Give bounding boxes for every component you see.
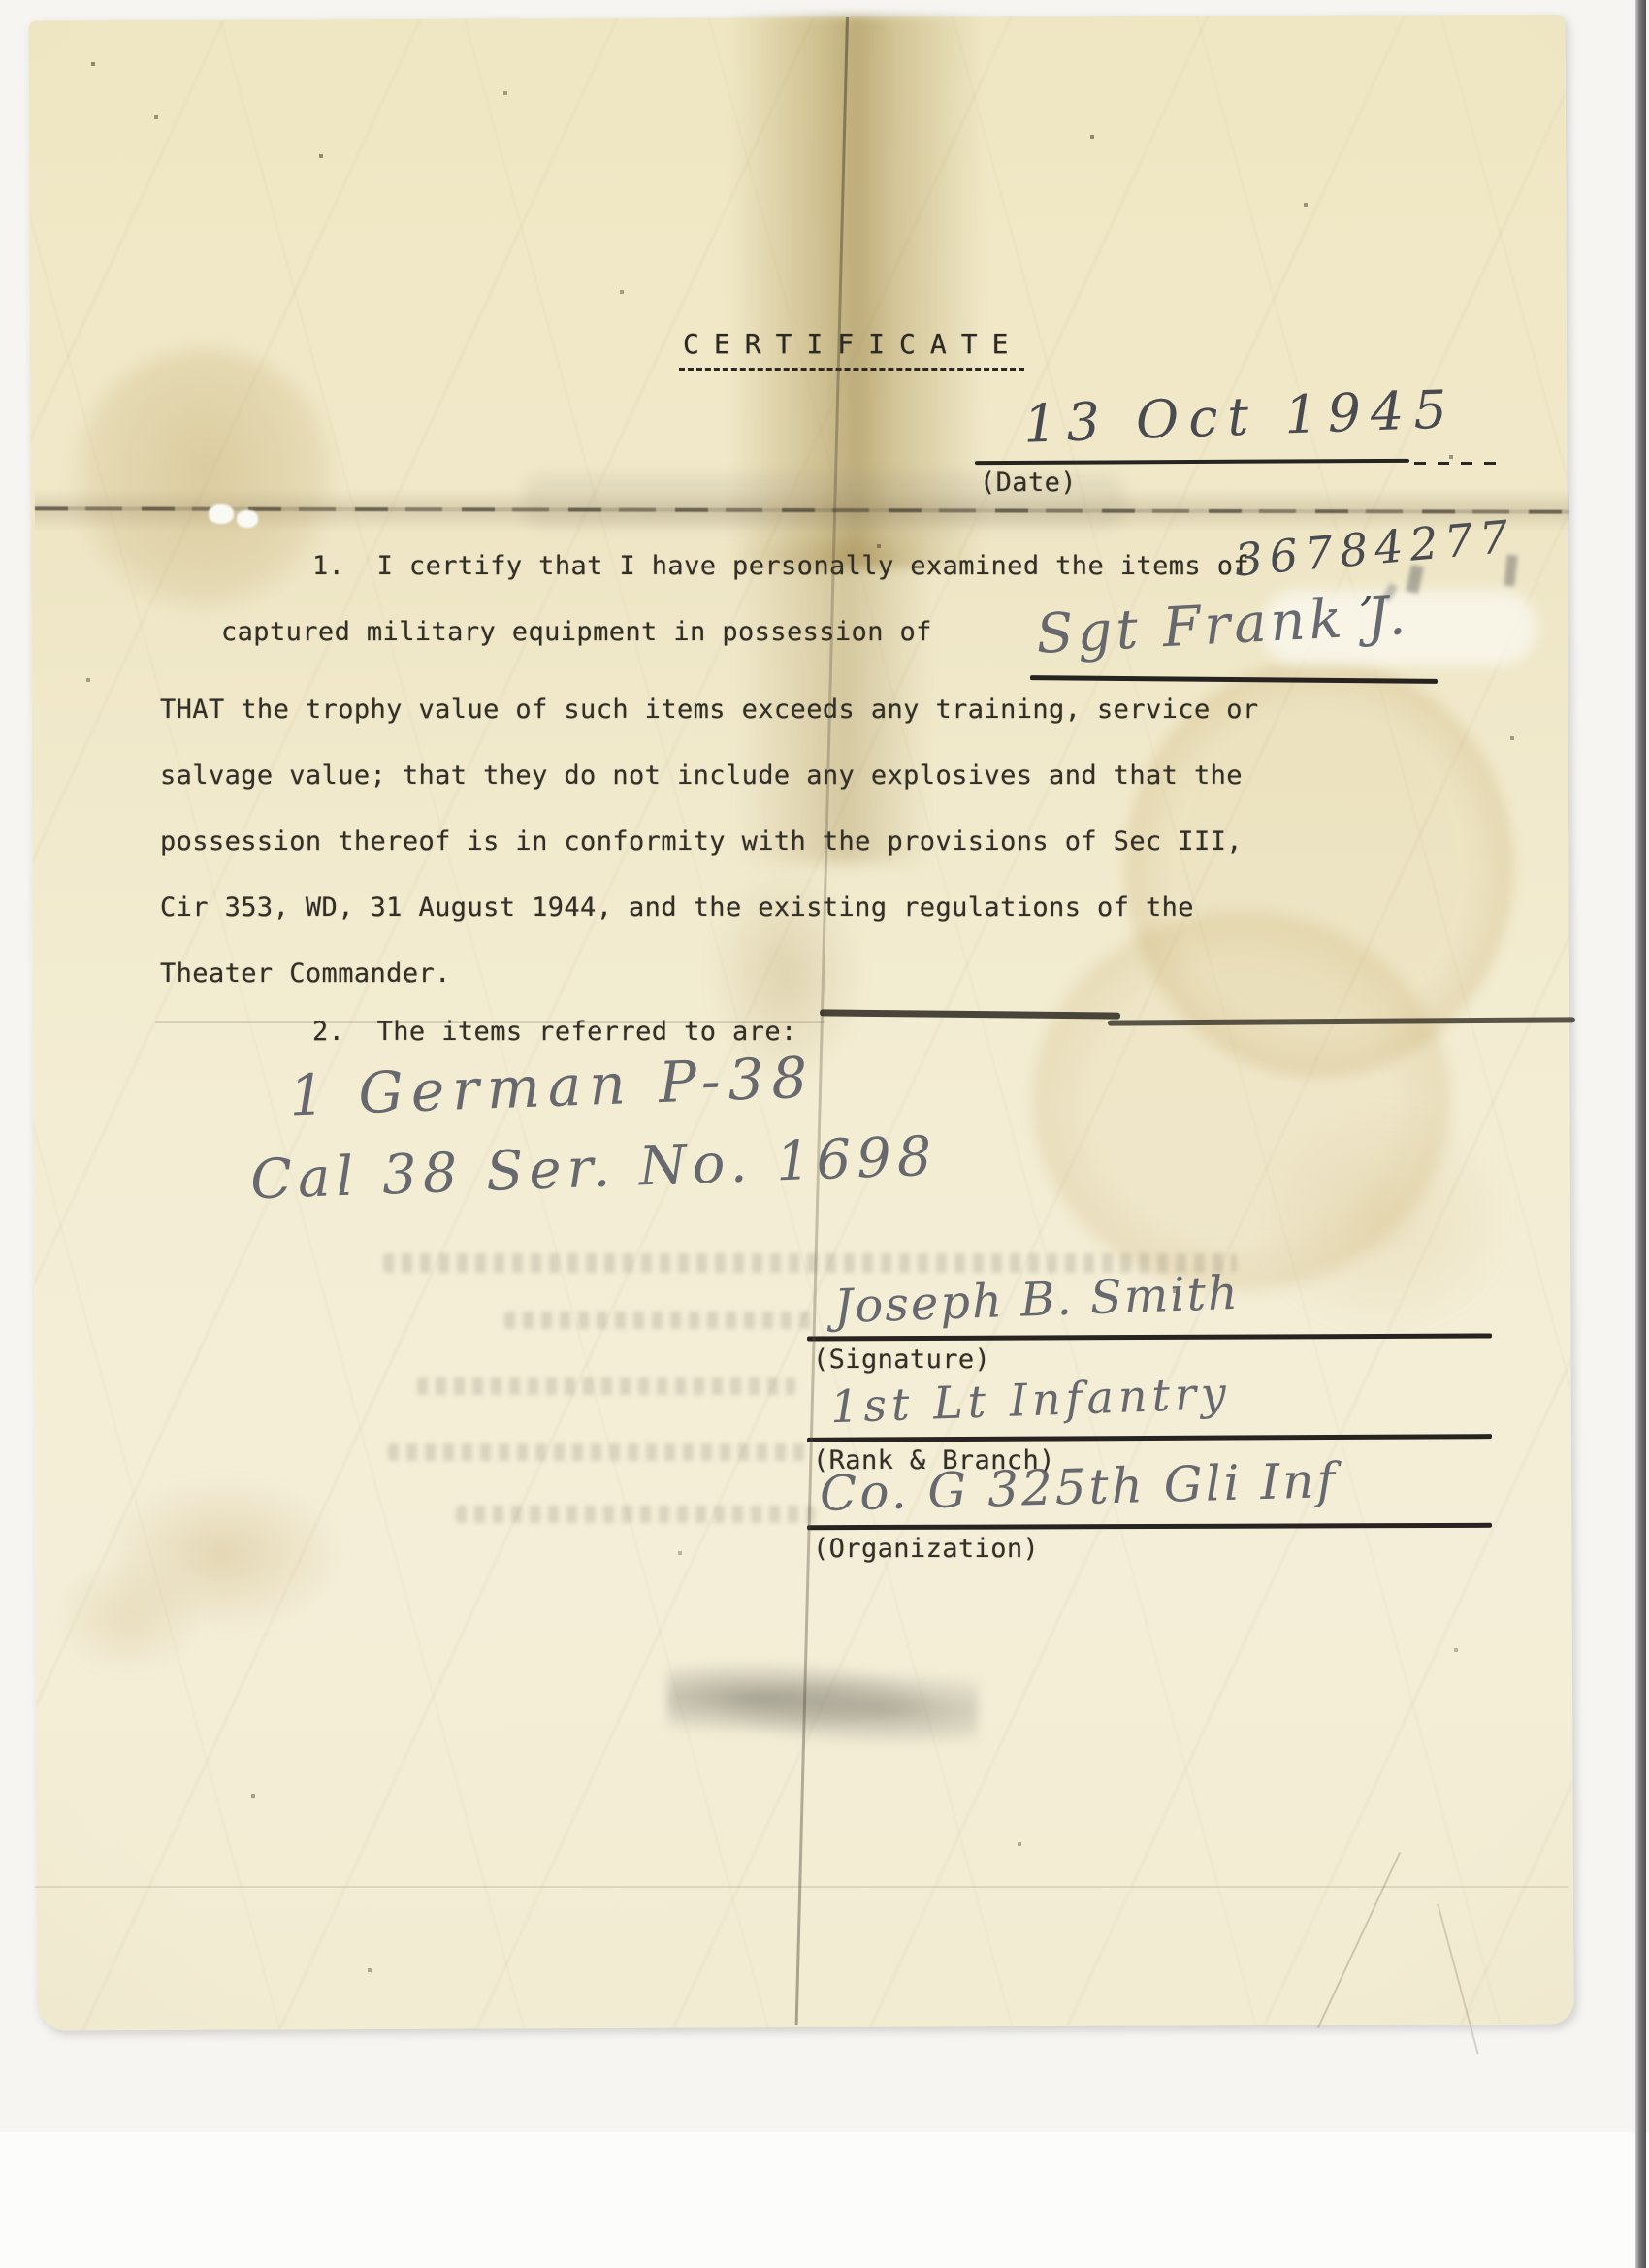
signature-label: (Signature) (813, 1345, 990, 1376)
ghost-text-smudge (456, 1506, 815, 1523)
paragraph-1-line-3: THAT the trophy value of such items exce… (160, 695, 1259, 726)
scanned-certificate-document: CERTIFICATE 13 Oct 1945 (Date) 1. I cert… (0, 0, 1649, 2268)
ghost-text-smudge (388, 1443, 805, 1461)
paragraph-1-line-5: possession thereof is in conformity with… (160, 826, 1243, 858)
paragraph-1-line-4: salvage value; that they do not include … (160, 761, 1243, 792)
scanner-background (0, 2132, 1649, 2268)
certificate-title: CERTIFICATE (679, 328, 1024, 371)
paragraph-2-heading: 2. The items referred to are: (312, 1017, 797, 1048)
organization-label: (Organization) (813, 1534, 1039, 1565)
paper-sheet (28, 15, 1573, 2031)
date-label: (Date) (980, 468, 1077, 499)
ghost-text-smudge (504, 1312, 815, 1329)
paragraph-1-line-2: captured military equipment in possessio… (221, 617, 932, 648)
scan-edge-strip (1635, 0, 1646, 2268)
ghost-text-smudge (417, 1377, 795, 1395)
paragraph-1-line-1: 1. I certify that I have personally exam… (312, 551, 1249, 582)
paragraph-1-line-7: Theater Commander. (160, 958, 451, 989)
paper-speckles (0, 0, 2, 2)
paragraph-1-line-6: Cir 353, WD, 31 August 1944, and the exi… (160, 892, 1194, 923)
